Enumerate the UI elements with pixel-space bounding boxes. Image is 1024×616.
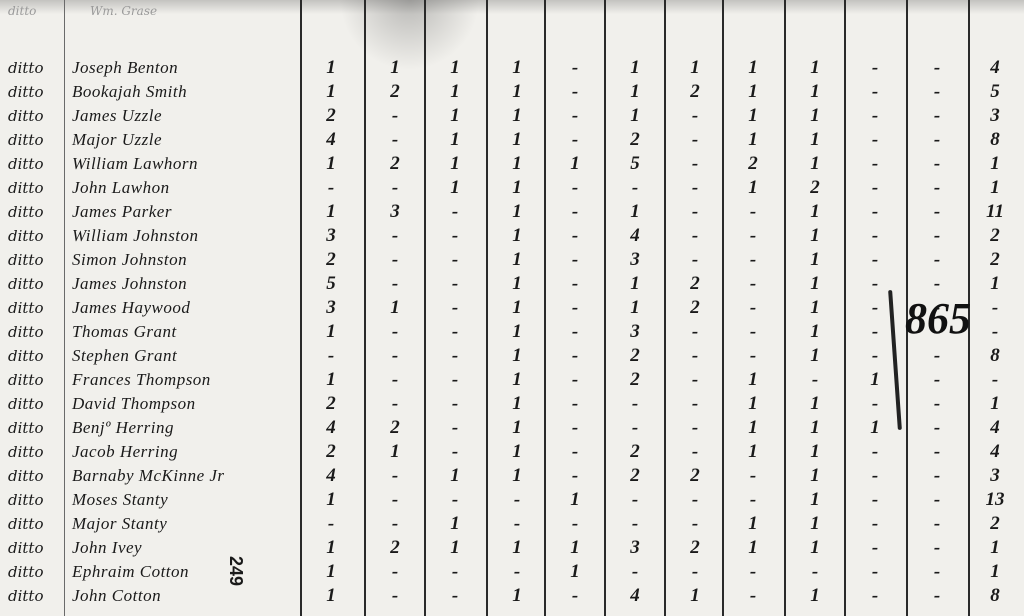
count-cell: 1: [786, 512, 844, 536]
count-cell: 1: [786, 536, 844, 560]
count-cell: 1: [724, 368, 782, 392]
count-cell: 2: [666, 80, 724, 104]
count-cell: 1: [488, 368, 546, 392]
count-cell: 3: [606, 248, 664, 272]
table-row: dittoWilliam Johnston3--1-4--1--2: [0, 224, 1024, 248]
count-cell: -: [908, 560, 966, 584]
count-cell: -: [908, 272, 966, 296]
count-cell: 1: [846, 416, 904, 440]
table-row: dittoJames Johnston5--1-12-1--1: [0, 272, 1024, 296]
count-cell: -: [546, 584, 604, 608]
name-cell: William Johnston: [72, 224, 300, 248]
count-cell: -: [366, 248, 424, 272]
count-cell: 1: [488, 248, 546, 272]
count-cell: -: [908, 368, 966, 392]
count-cell: 3: [606, 536, 664, 560]
count-cell: 1: [302, 536, 360, 560]
count-cell: 3: [302, 224, 360, 248]
count-cell: 4: [606, 584, 664, 608]
count-cell: 1: [546, 560, 604, 584]
count-cell: -: [426, 248, 484, 272]
count-cell: -: [546, 272, 604, 296]
count-cell: -: [426, 392, 484, 416]
count-cell: -: [366, 488, 424, 512]
count-cell: -: [724, 248, 782, 272]
count-cell: -: [366, 560, 424, 584]
place-cell: ditto: [8, 104, 64, 128]
count-cell: 1: [786, 56, 844, 80]
count-cell: 1: [786, 392, 844, 416]
count-cell: -: [426, 320, 484, 344]
name-cell: Thomas Grant: [72, 320, 300, 344]
count-cell: 1: [488, 320, 546, 344]
name-cell: Bookajah Smith: [72, 80, 300, 104]
place-cell: ditto: [8, 560, 64, 584]
count-cell: 2: [786, 176, 844, 200]
count-cell: -: [846, 224, 904, 248]
margin-count-cell: 3: [966, 104, 1024, 128]
count-cell: 1: [488, 200, 546, 224]
count-cell: 1: [488, 416, 546, 440]
count-cell: -: [846, 80, 904, 104]
count-cell: -: [666, 320, 724, 344]
count-cell: 1: [366, 56, 424, 80]
count-cell: -: [666, 440, 724, 464]
name-cell: Stephen Grant: [72, 344, 300, 368]
count-cell: -: [546, 392, 604, 416]
margin-count-cell: 1: [966, 560, 1024, 584]
name-cell: James Parker: [72, 200, 300, 224]
count-cell: 1: [666, 584, 724, 608]
count-cell: -: [546, 224, 604, 248]
name-cell: Ephraim Cotton: [72, 560, 300, 584]
count-cell: 1: [606, 296, 664, 320]
margin-count-cell: 8: [966, 128, 1024, 152]
count-cell: 1: [302, 200, 360, 224]
count-cell: -: [546, 296, 604, 320]
count-cell: 1: [724, 512, 782, 536]
table-row: dittoBookajah Smith1211-1211--5: [0, 80, 1024, 104]
name-cell: Joseph Benton: [72, 56, 300, 80]
count-cell: -: [846, 104, 904, 128]
count-cell: 1: [302, 152, 360, 176]
count-cell: -: [546, 176, 604, 200]
count-cell: 1: [724, 416, 782, 440]
place-cell: ditto: [8, 344, 64, 368]
count-cell: -: [488, 512, 546, 536]
count-cell: 1: [488, 344, 546, 368]
count-cell: -: [908, 200, 966, 224]
count-cell: -: [426, 368, 484, 392]
count-cell: -: [546, 104, 604, 128]
count-cell: 5: [302, 272, 360, 296]
margin-count-cell: -: [966, 296, 1024, 320]
count-cell: 1: [606, 56, 664, 80]
margin-count-cell: 3: [966, 464, 1024, 488]
count-cell: -: [302, 176, 360, 200]
count-cell: 1: [488, 296, 546, 320]
margin-count-cell: 1: [966, 536, 1024, 560]
count-cell: 1: [426, 152, 484, 176]
margin-count-cell: 1: [966, 392, 1024, 416]
count-cell: 1: [786, 584, 844, 608]
count-cell: 1: [488, 80, 546, 104]
count-cell: 4: [302, 416, 360, 440]
count-cell: -: [366, 344, 424, 368]
count-cell: -: [546, 248, 604, 272]
count-cell: -: [908, 104, 966, 128]
name-cell: Major Stanty: [72, 512, 300, 536]
count-cell: 1: [426, 104, 484, 128]
count-cell: 1: [786, 320, 844, 344]
count-cell: -: [908, 488, 966, 512]
count-cell: 3: [366, 200, 424, 224]
count-cell: -: [426, 440, 484, 464]
count-cell: 1: [724, 104, 782, 128]
count-cell: 2: [302, 104, 360, 128]
count-cell: 4: [302, 128, 360, 152]
count-cell: 2: [606, 464, 664, 488]
count-cell: 1: [786, 464, 844, 488]
name-cell: John Cotton: [72, 584, 300, 608]
count-cell: 1: [488, 584, 546, 608]
count-cell: -: [724, 464, 782, 488]
place-cell: ditto: [8, 296, 64, 320]
name-cell: William Lawhorn: [72, 152, 300, 176]
count-cell: -: [908, 512, 966, 536]
count-cell: 1: [488, 224, 546, 248]
count-cell: -: [724, 296, 782, 320]
name-cell: Frances Thompson: [72, 368, 300, 392]
count-cell: 1: [606, 104, 664, 128]
count-cell: 1: [488, 464, 546, 488]
count-cell: -: [426, 344, 484, 368]
name-cell: Barnaby McKinne Jr: [72, 464, 300, 488]
census-page: ditto Wm. Grase dittoJoseph Benton1111-1…: [0, 0, 1024, 616]
count-cell: -: [302, 512, 360, 536]
count-cell: 1: [606, 272, 664, 296]
count-cell: 2: [666, 296, 724, 320]
table-row: dittoStephen Grant---1-2--1--8: [0, 344, 1024, 368]
count-cell: 1: [426, 80, 484, 104]
count-cell: 1: [426, 176, 484, 200]
count-cell: 1: [724, 128, 782, 152]
place-cell: ditto: [8, 536, 64, 560]
count-cell: -: [606, 512, 664, 536]
count-cell: -: [724, 560, 782, 584]
count-cell: -: [426, 584, 484, 608]
place-cell: ditto: [8, 392, 64, 416]
place-cell: ditto: [8, 320, 64, 344]
count-cell: -: [786, 560, 844, 584]
count-cell: -: [366, 368, 424, 392]
count-cell: -: [426, 224, 484, 248]
count-cell: -: [366, 464, 424, 488]
place-cell: ditto: [8, 440, 64, 464]
count-cell: 1: [724, 440, 782, 464]
count-cell: -: [786, 368, 844, 392]
count-cell: -: [426, 296, 484, 320]
place-cell: ditto: [8, 464, 64, 488]
count-cell: 1: [724, 536, 782, 560]
table-row: dittoJohn Cotton1--1-41-1--8: [0, 584, 1024, 608]
count-cell: 2: [606, 368, 664, 392]
count-cell: -: [666, 224, 724, 248]
count-cell: -: [846, 128, 904, 152]
count-cell: -: [426, 272, 484, 296]
count-cell: 1: [366, 440, 424, 464]
count-cell: 1: [488, 536, 546, 560]
table-row: dittoMoses Stanty1---1---1--13: [0, 488, 1024, 512]
count-cell: -: [724, 344, 782, 368]
count-cell: 1: [786, 200, 844, 224]
count-cell: -: [546, 416, 604, 440]
count-cell: -: [846, 56, 904, 80]
count-cell: -: [666, 512, 724, 536]
count-cell: -: [846, 488, 904, 512]
count-cell: -: [426, 200, 484, 224]
table-row: dittoBarnaby McKinne Jr4-11-22-1--3: [0, 464, 1024, 488]
count-cell: -: [426, 488, 484, 512]
count-cell: 1: [724, 176, 782, 200]
count-cell: 2: [666, 464, 724, 488]
count-cell: -: [666, 560, 724, 584]
table-row: dittoBenjº Herring42-1---111-4: [0, 416, 1024, 440]
count-cell: -: [908, 464, 966, 488]
name-cell: James Uzzle: [72, 104, 300, 128]
count-cell: 2: [666, 536, 724, 560]
header-place: ditto: [8, 4, 36, 34]
margin-count-cell: 11: [966, 200, 1024, 224]
place-cell: ditto: [8, 176, 64, 200]
count-cell: -: [724, 272, 782, 296]
count-cell: -: [846, 248, 904, 272]
count-cell: -: [666, 344, 724, 368]
place-cell: ditto: [8, 200, 64, 224]
count-cell: 1: [606, 80, 664, 104]
count-cell: -: [908, 56, 966, 80]
count-cell: -: [606, 416, 664, 440]
place-cell: ditto: [8, 56, 64, 80]
count-cell: -: [606, 560, 664, 584]
count-cell: 1: [488, 56, 546, 80]
count-cell: 1: [488, 176, 546, 200]
count-cell: -: [666, 128, 724, 152]
table-row: dittoJohn Lawhon--11---12--1: [0, 176, 1024, 200]
count-cell: 4: [302, 464, 360, 488]
count-cell: 2: [606, 440, 664, 464]
count-cell: 1: [488, 128, 546, 152]
place-cell: ditto: [8, 248, 64, 272]
count-cell: -: [426, 416, 484, 440]
count-cell: -: [666, 200, 724, 224]
table-row: dittoSimon Johnston2--1-3--1--2: [0, 248, 1024, 272]
table-row: dittoJacob Herring21-1-2-11--4: [0, 440, 1024, 464]
count-cell: 2: [606, 344, 664, 368]
count-cell: -: [546, 368, 604, 392]
count-cell: -: [366, 512, 424, 536]
table-row: dittoMajor Stanty--1----11--2: [0, 512, 1024, 536]
count-cell: -: [846, 584, 904, 608]
count-cell: -: [908, 248, 966, 272]
margin-count-cell: 1: [966, 152, 1024, 176]
margin-count-cell: 5: [966, 80, 1024, 104]
count-cell: 1: [488, 392, 546, 416]
count-cell: 1: [426, 128, 484, 152]
name-cell: James Johnston: [72, 272, 300, 296]
table-row: dittoDavid Thompson2--1---11--1: [0, 392, 1024, 416]
name-cell: Major Uzzle: [72, 128, 300, 152]
name-cell: Moses Stanty: [72, 488, 300, 512]
count-cell: -: [366, 128, 424, 152]
count-cell: 2: [366, 80, 424, 104]
table-row: dittoJames Parker13-1-1--1--11: [0, 200, 1024, 224]
count-cell: -: [666, 416, 724, 440]
margin-count-cell: 8: [966, 344, 1024, 368]
count-cell: -: [908, 80, 966, 104]
count-cell: -: [426, 560, 484, 584]
count-cell: -: [546, 464, 604, 488]
count-cell: -: [846, 272, 904, 296]
count-cell: 2: [366, 152, 424, 176]
count-cell: -: [908, 176, 966, 200]
count-cell: -: [724, 320, 782, 344]
margin-count-cell: 4: [966, 416, 1024, 440]
count-cell: -: [724, 200, 782, 224]
count-cell: 1: [302, 584, 360, 608]
count-cell: -: [666, 392, 724, 416]
page-stamp: 249: [225, 556, 246, 586]
count-cell: -: [546, 320, 604, 344]
count-cell: -: [908, 584, 966, 608]
count-cell: -: [908, 128, 966, 152]
count-cell: -: [908, 416, 966, 440]
place-cell: ditto: [8, 416, 64, 440]
name-cell: John Lawhon: [72, 176, 300, 200]
count-cell: 1: [786, 416, 844, 440]
count-cell: 1: [786, 152, 844, 176]
count-cell: 1: [488, 152, 546, 176]
count-cell: -: [846, 512, 904, 536]
count-cell: 2: [666, 272, 724, 296]
count-cell: 1: [786, 80, 844, 104]
count-cell: 1: [426, 536, 484, 560]
count-cell: 2: [302, 440, 360, 464]
count-cell: -: [488, 488, 546, 512]
margin-count-cell: 1: [966, 176, 1024, 200]
table-row: dittoJames Haywood31-1-12-1---: [0, 296, 1024, 320]
count-cell: 1: [302, 320, 360, 344]
margin-count-cell: 8: [966, 584, 1024, 608]
count-cell: -: [846, 560, 904, 584]
count-cell: -: [908, 344, 966, 368]
place-cell: ditto: [8, 584, 64, 608]
count-cell: -: [666, 176, 724, 200]
count-cell: 1: [488, 104, 546, 128]
count-cell: 1: [786, 272, 844, 296]
count-cell: -: [546, 128, 604, 152]
table-row: dittoJames Uzzle2-11-1-11--3: [0, 104, 1024, 128]
table-row: dittoJohn Ivey121113211--1: [0, 536, 1024, 560]
count-cell: -: [606, 392, 664, 416]
margin-count-cell: 2: [966, 512, 1024, 536]
count-cell: -: [546, 80, 604, 104]
margin-count-cell: 4: [966, 440, 1024, 464]
table-row: dittoThomas Grant1--1-3--1---: [0, 320, 1024, 344]
count-cell: 1: [786, 296, 844, 320]
count-cell: -: [546, 344, 604, 368]
count-cell: 1: [546, 488, 604, 512]
count-cell: -: [666, 104, 724, 128]
count-cell: 2: [366, 536, 424, 560]
count-cell: -: [666, 248, 724, 272]
margin-count-cell: 1: [966, 272, 1024, 296]
count-cell: 1: [786, 128, 844, 152]
count-cell: -: [846, 440, 904, 464]
count-cell: 1: [786, 104, 844, 128]
count-cell: -: [366, 392, 424, 416]
table-row: dittoWilliam Lawhorn121115-21--1: [0, 152, 1024, 176]
table-row: dittoMajor Uzzle4-11-2-11--8: [0, 128, 1024, 152]
count-cell: -: [846, 200, 904, 224]
count-cell: 1: [786, 488, 844, 512]
count-cell: -: [724, 584, 782, 608]
name-cell: Benjº Herring: [72, 416, 300, 440]
count-cell: 1: [426, 464, 484, 488]
count-cell: -: [366, 272, 424, 296]
count-cell: 1: [606, 200, 664, 224]
count-cell: -: [606, 176, 664, 200]
count-cell: -: [546, 200, 604, 224]
margin-count-cell: -: [966, 368, 1024, 392]
name-cell: John Ivey: [72, 536, 300, 560]
count-cell: -: [366, 320, 424, 344]
place-cell: ditto: [8, 368, 64, 392]
count-cell: -: [908, 152, 966, 176]
count-cell: 1: [302, 368, 360, 392]
count-cell: -: [846, 536, 904, 560]
count-cell: -: [606, 488, 664, 512]
count-cell: 3: [302, 296, 360, 320]
count-cell: 4: [606, 224, 664, 248]
place-cell: ditto: [8, 80, 64, 104]
place-cell: ditto: [8, 224, 64, 248]
count-cell: -: [366, 104, 424, 128]
count-cell: -: [908, 440, 966, 464]
count-cell: -: [546, 440, 604, 464]
count-cell: 5: [606, 152, 664, 176]
header-name: Wm. Grase: [90, 4, 157, 34]
place-cell: ditto: [8, 512, 64, 536]
name-cell: Simon Johnston: [72, 248, 300, 272]
count-cell: 1: [366, 296, 424, 320]
count-cell: -: [666, 488, 724, 512]
count-cell: 2: [724, 152, 782, 176]
count-cell: 1: [426, 56, 484, 80]
count-cell: -: [488, 560, 546, 584]
count-cell: 3: [606, 320, 664, 344]
count-cell: -: [846, 152, 904, 176]
count-cell: -: [846, 464, 904, 488]
count-cell: 1: [302, 560, 360, 584]
count-cell: 1: [426, 512, 484, 536]
count-cell: -: [366, 224, 424, 248]
margin-count-cell: 2: [966, 248, 1024, 272]
count-cell: -: [546, 56, 604, 80]
count-cell: -: [724, 488, 782, 512]
place-cell: ditto: [8, 128, 64, 152]
name-cell: David Thompson: [72, 392, 300, 416]
